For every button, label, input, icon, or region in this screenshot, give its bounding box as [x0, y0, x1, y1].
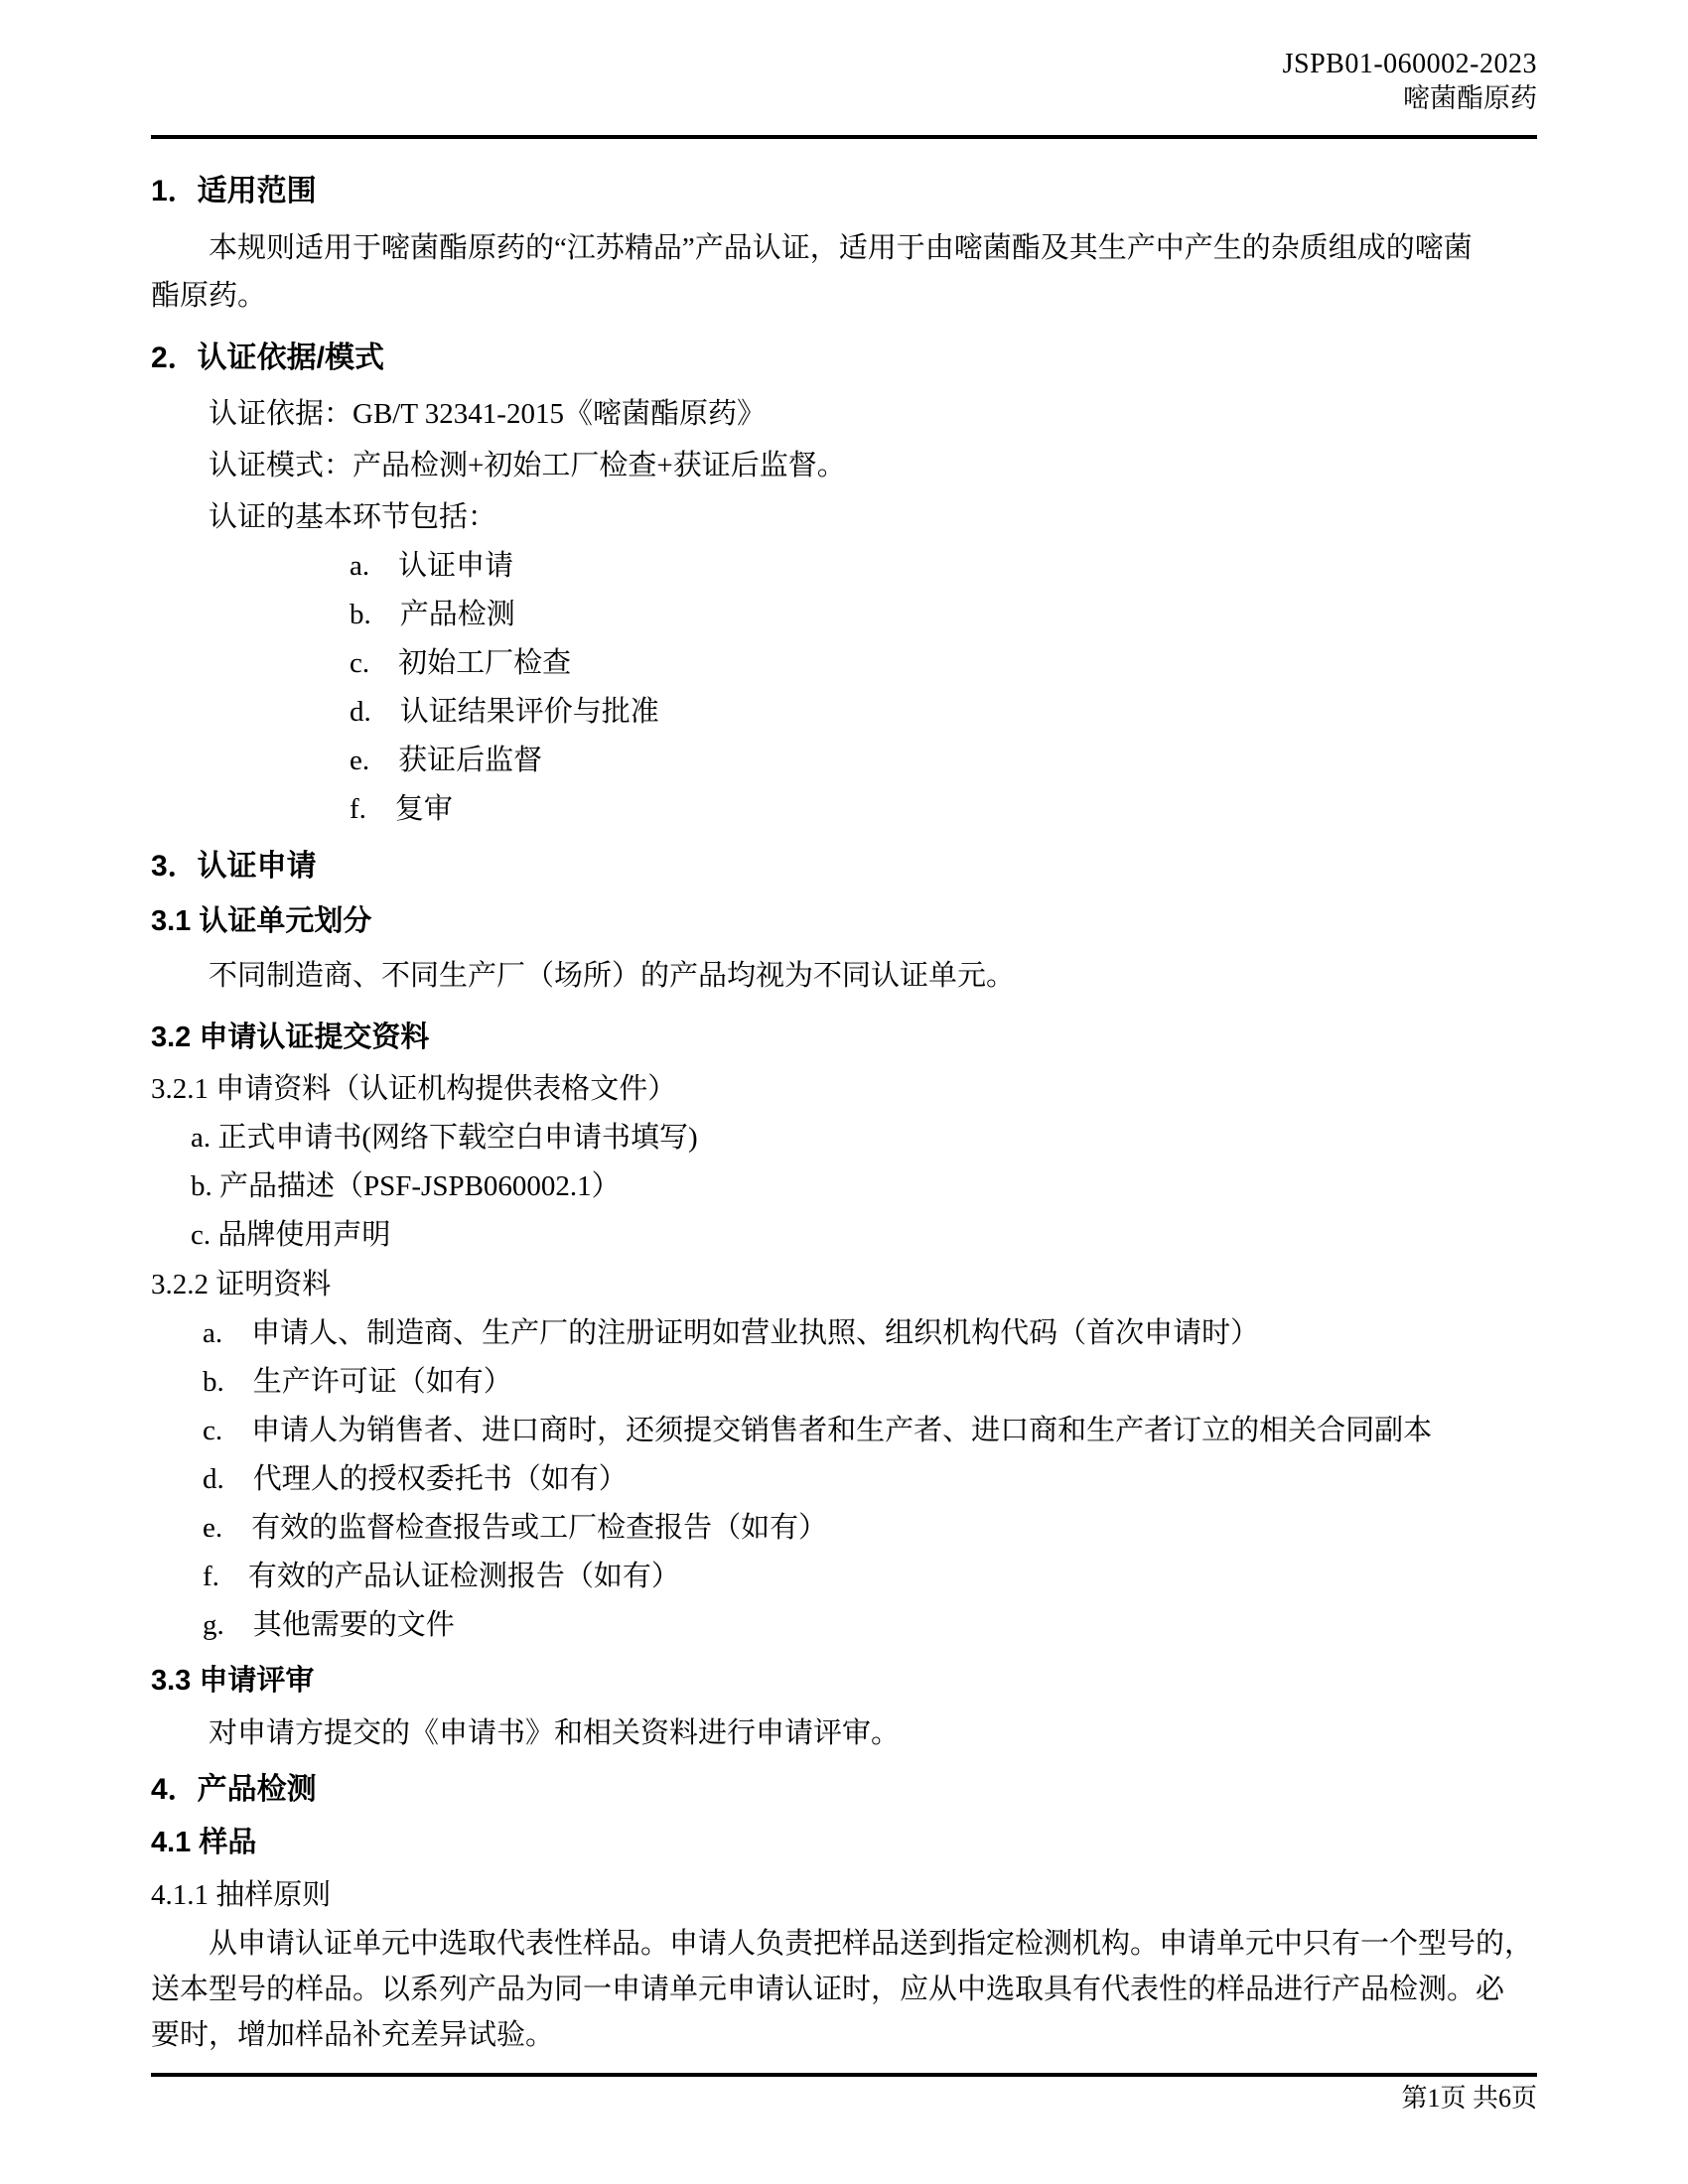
certification-basis-line: 认证依据：GB/T 32341-2015《嘧菌酯原药》 [151, 389, 1537, 439]
list-item: d. 认证结果评价与批准 [350, 688, 1537, 737]
document-page: JSPB01-060002-2023 嘧菌酯原药 1．适用范围 本规则适用于嘧菌… [0, 0, 1688, 2184]
list-item: b. 产品描述（PSF-JSPB060002.1） [191, 1162, 1537, 1211]
doc-title: 嘧菌酯原药 [151, 81, 1537, 115]
page-number: 第1页 共6页 [151, 2083, 1537, 2115]
list-item: c. 品牌使用声明 [191, 1211, 1537, 1260]
section-3-2-1-heading: 3.2.1 申请资料（认证机构提供表格文件） [151, 1064, 1537, 1114]
list-item: c. 初始工厂检查 [350, 639, 1537, 688]
section-4-heading: 4．产品检测 [151, 1765, 1537, 1815]
certification-mode-line: 认证模式：产品检测+初始工厂检查+获证后监督。 [151, 441, 1537, 490]
list-item: a. 申请人、制造商、生产厂的注册证明如营业执照、组织机构代码（首次申请时） [203, 1309, 1537, 1358]
doc-number: JSPB01-060002-2023 [151, 48, 1537, 81]
section-2-heading: 2．认证依据/模式 [151, 334, 1537, 383]
page-header: JSPB01-060002-2023 嘧菌酯原药 [151, 48, 1537, 115]
steps-intro-line: 认证的基本环节包括： [151, 492, 1537, 542]
list-item: b. 生产许可证（如有） [203, 1358, 1537, 1407]
list-item: a. 认证申请 [350, 542, 1537, 591]
list-item: a. 正式申请书(网络下载空白申请书填写) [191, 1114, 1537, 1162]
section-3-2-2-heading: 3.2.2 证明资料 [151, 1260, 1537, 1309]
section-3-3-paragraph: 对申请方提交的《申请书》和相关资料进行申请评审。 [151, 1708, 1537, 1758]
section-4-1-heading: 4.1 样品 [151, 1818, 1537, 1867]
list-item: e. 有效的监督检查报告或工厂检查报告（如有） [203, 1504, 1537, 1553]
section-4-1-1-paragraph: 从申请认证单元中选取代表性样品。申请人负责把样品送到指定检测机构。申请单元中只有… [151, 1921, 1537, 2058]
proof-materials-list: a. 申请人、制造商、生产厂的注册证明如营业执照、组织机构代码（首次申请时） b… [151, 1309, 1537, 1650]
section-4-1-1-heading: 4.1.1 抽样原则 [151, 1870, 1537, 1920]
list-item: f. 有效的产品认证检测报告（如有） [203, 1553, 1537, 1601]
list-item: d. 代理人的授权委托书（如有） [203, 1455, 1537, 1504]
list-item: g. 其他需要的文件 [203, 1601, 1537, 1650]
certification-steps-list: a. 认证申请 b. 产品检测 c. 初始工厂检查 d. 认证结果评价与批准 e… [151, 542, 1537, 834]
list-item: c. 申请人为销售者、进口商时，还须提交销售者和生产者、进口商和生产者订立的相关… [203, 1407, 1537, 1455]
section-3-1-paragraph: 不同制造商、不同生产厂（场所）的产品均视为不同认证单元。 [151, 951, 1537, 1001]
section-3-2-heading: 3.2 申请认证提交资料 [151, 1013, 1537, 1062]
header-rule [151, 135, 1537, 139]
list-item: f. 复审 [350, 785, 1537, 834]
section-1-paragraph: 本规则适用于嘧菌酯原药的“江苏精品”产品认证，适用于由嘧菌酯及其生产中产生的杂质… [151, 224, 1537, 320]
list-item: e. 获证后监督 [350, 737, 1537, 785]
section-3-heading: 3．认证申请 [151, 842, 1537, 891]
application-materials-list: a. 正式申请书(网络下载空白申请书填写) b. 产品描述（PSF-JSPB06… [151, 1114, 1537, 1260]
footer-rule [151, 2073, 1537, 2077]
section-3-1-heading: 3.1 认证单元划分 [151, 896, 1537, 946]
section-3-3-heading: 3.3 申请评审 [151, 1656, 1537, 1706]
section-1-heading: 1．适用范围 [151, 167, 1537, 216]
list-item: b. 产品检测 [350, 591, 1537, 639]
